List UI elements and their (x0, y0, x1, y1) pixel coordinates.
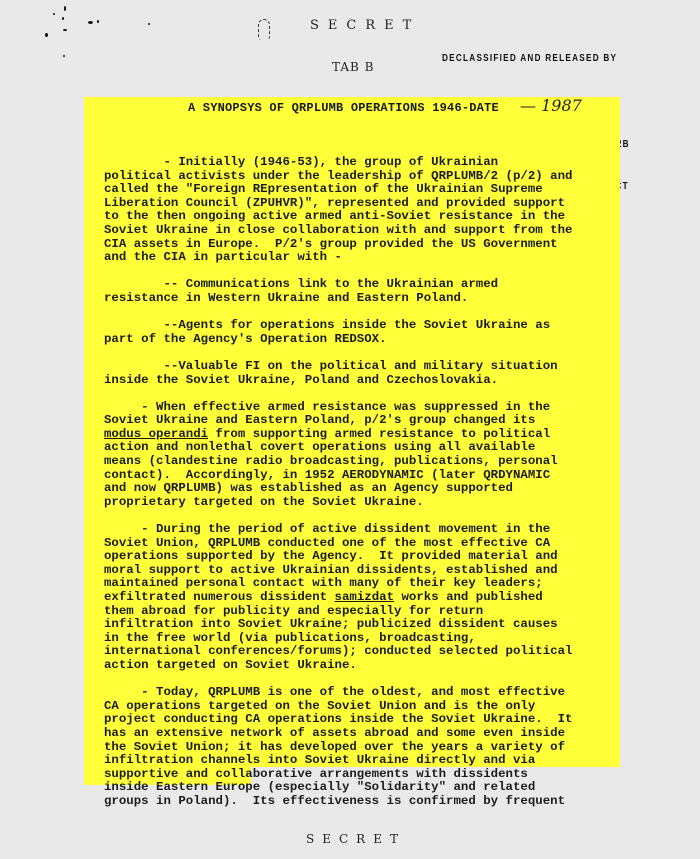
text-line: inside the Soviet Ukraine, Poland and Cz… (104, 374, 614, 388)
document-body: - Initially (1946-53), the group of Ukra… (104, 156, 614, 809)
paragraph-gap (104, 387, 614, 401)
paragraph: - Today, QRPLUMB is one of the oldest, a… (104, 686, 614, 808)
underlined-term: modus operandi (104, 427, 208, 441)
document-title: A SYNOPSYS OF QRPLUMB OPERATIONS 1946-DA… (188, 101, 499, 115)
text-line: means (clandestine radio broadcasting, p… (104, 455, 614, 469)
text-line: in the free world (via publications, bro… (104, 632, 614, 646)
handwritten-annotation: — 1987 (520, 96, 582, 115)
text-line: called the "Foreign REpresentation of th… (104, 183, 614, 197)
paragraph: - During the period of active dissident … (104, 523, 614, 673)
paragraph-gap (104, 306, 614, 320)
text-line: the Soviet Union; it has developed over … (104, 741, 614, 755)
text-line: action targeted on Soviet Ukraine. (104, 659, 614, 673)
text-line: political activists under the leadership… (104, 170, 614, 184)
paragraph-gap (104, 346, 614, 360)
paragraph: - Initially (1946-53), the group of Ukra… (104, 156, 614, 265)
text-line: --Agents for operations inside the Sovie… (104, 319, 614, 333)
text-line: maintained personal contact with many of… (104, 577, 614, 591)
paragraph: - When effective armed resistance was su… (104, 401, 614, 510)
text-line: --Valuable FI on the political and milit… (104, 360, 614, 374)
text-line: exfiltrated numerous dissident samizdat … (104, 591, 614, 605)
text-line: modus operandi from supporting armed res… (104, 428, 614, 442)
text-line: Soviet Ukraine in close collaboration wi… (104, 224, 614, 238)
document-page: SECRET TAB B DECLASSIFIED AND RELEASED B… (0, 0, 700, 859)
text-line: resistance in Western Ukraine and Easter… (104, 292, 614, 306)
paragraph: --Valuable FI on the political and milit… (104, 360, 614, 387)
text-line: - Initially (1946-53), the group of Ukra… (104, 156, 614, 170)
text-line: international conferences/forums); condu… (104, 645, 614, 659)
text-line: supportive and collaborative arrangement… (104, 768, 614, 782)
text-line: to the then ongoing active armed anti-So… (104, 210, 614, 224)
text-line: Liberation Council (ZPUHVR)", represente… (104, 197, 614, 211)
punch-hole-mark (258, 19, 270, 40)
text-line: part of the Agency's Operation REDSOX. (104, 333, 614, 347)
paragraph: --Agents for operations inside the Sovie… (104, 319, 614, 346)
text-line: inside Eastern Europe (especially "Solid… (104, 781, 614, 795)
text-line: Soviet Ukraine and Eastern Poland, p/2's… (104, 414, 614, 428)
stamp-line: DECLASSIFIED AND RELEASED BY (442, 51, 630, 65)
text-line: and the CIA in particular with - (104, 251, 614, 265)
text-line: - During the period of active dissident … (104, 523, 614, 537)
text-line: CA operations targeted on the Soviet Uni… (104, 700, 614, 714)
text-line: action and nonlethal covert operations u… (104, 441, 614, 455)
text-line: groups in Poland). Its effectiveness is … (104, 795, 614, 809)
text-line: contact). Accordingly, in 1952 AERODYNAM… (104, 469, 614, 483)
paragraph-gap (104, 265, 614, 279)
classification-header: SECRET (310, 18, 420, 33)
text-line: - When effective armed resistance was su… (104, 401, 614, 415)
paragraph-gap (104, 509, 614, 523)
text-line: infiltration channels into Soviet Ukrain… (104, 754, 614, 768)
text-line: and now QRPLUMB) was established as an A… (104, 482, 614, 496)
paragraph-gap (104, 673, 614, 687)
text-line: Soviet Union, QRPLUMB conducted one of t… (104, 537, 614, 551)
text-line: operations supported by the Agency. It p… (104, 550, 614, 564)
text-line: moral support to active Ukrainian dissid… (104, 564, 614, 578)
tab-label: TAB B (332, 60, 374, 74)
text-line: project conducting CA operations inside … (104, 713, 614, 727)
text-line: CIA assets in Europe. P/2's group provid… (104, 238, 614, 252)
text-line: - Today, QRPLUMB is one of the oldest, a… (104, 686, 614, 700)
text-line: them abroad for publicity and especially… (104, 605, 614, 619)
text-line: infiltration into Soviet Ukraine; public… (104, 618, 614, 632)
paragraph: -- Communications link to the Ukrainian … (104, 278, 614, 305)
text-line: has an extensive network of assets abroa… (104, 727, 614, 741)
text-line: -- Communications link to the Ukrainian … (104, 278, 614, 292)
text-line: proprietary targeted on the Soviet Ukrai… (104, 496, 614, 510)
underlined-term: samizdat (335, 590, 395, 604)
classification-footer: SECRET (306, 832, 406, 846)
